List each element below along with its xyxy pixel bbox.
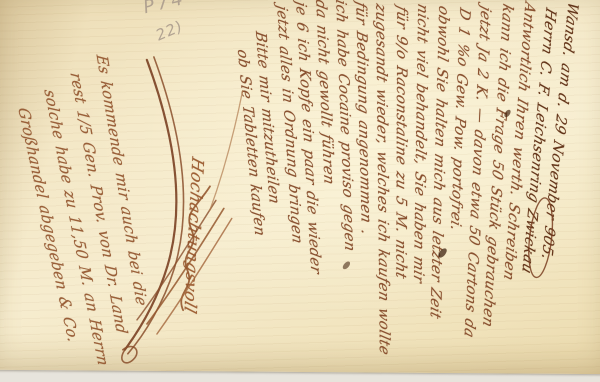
postcard-scan: P74 22) Wansd. am d. 29 November 905.Her…	[0, 0, 600, 382]
handwriting-layer: Wansd. am d. 29 November 905.Herrn C. F.…	[0, 0, 600, 374]
handwriting-line: zugesandt wieder, welches ich kaufen wol…	[372, 2, 391, 356]
salutation-line: Hochachtungsvoll	[181, 155, 206, 315]
handwriting-line: für 9/o Raconstaline zu 5 M. nicht	[392, 4, 408, 280]
postcard: P74 22) Wansd. am d. 29 November 905.Her…	[0, 0, 600, 374]
handwriting-line: nicht viel behandelt, Sie haben mir	[410, 2, 430, 285]
handwriting-line: obwohl Sie halten mich aus letzter Zeit	[426, 4, 450, 321]
